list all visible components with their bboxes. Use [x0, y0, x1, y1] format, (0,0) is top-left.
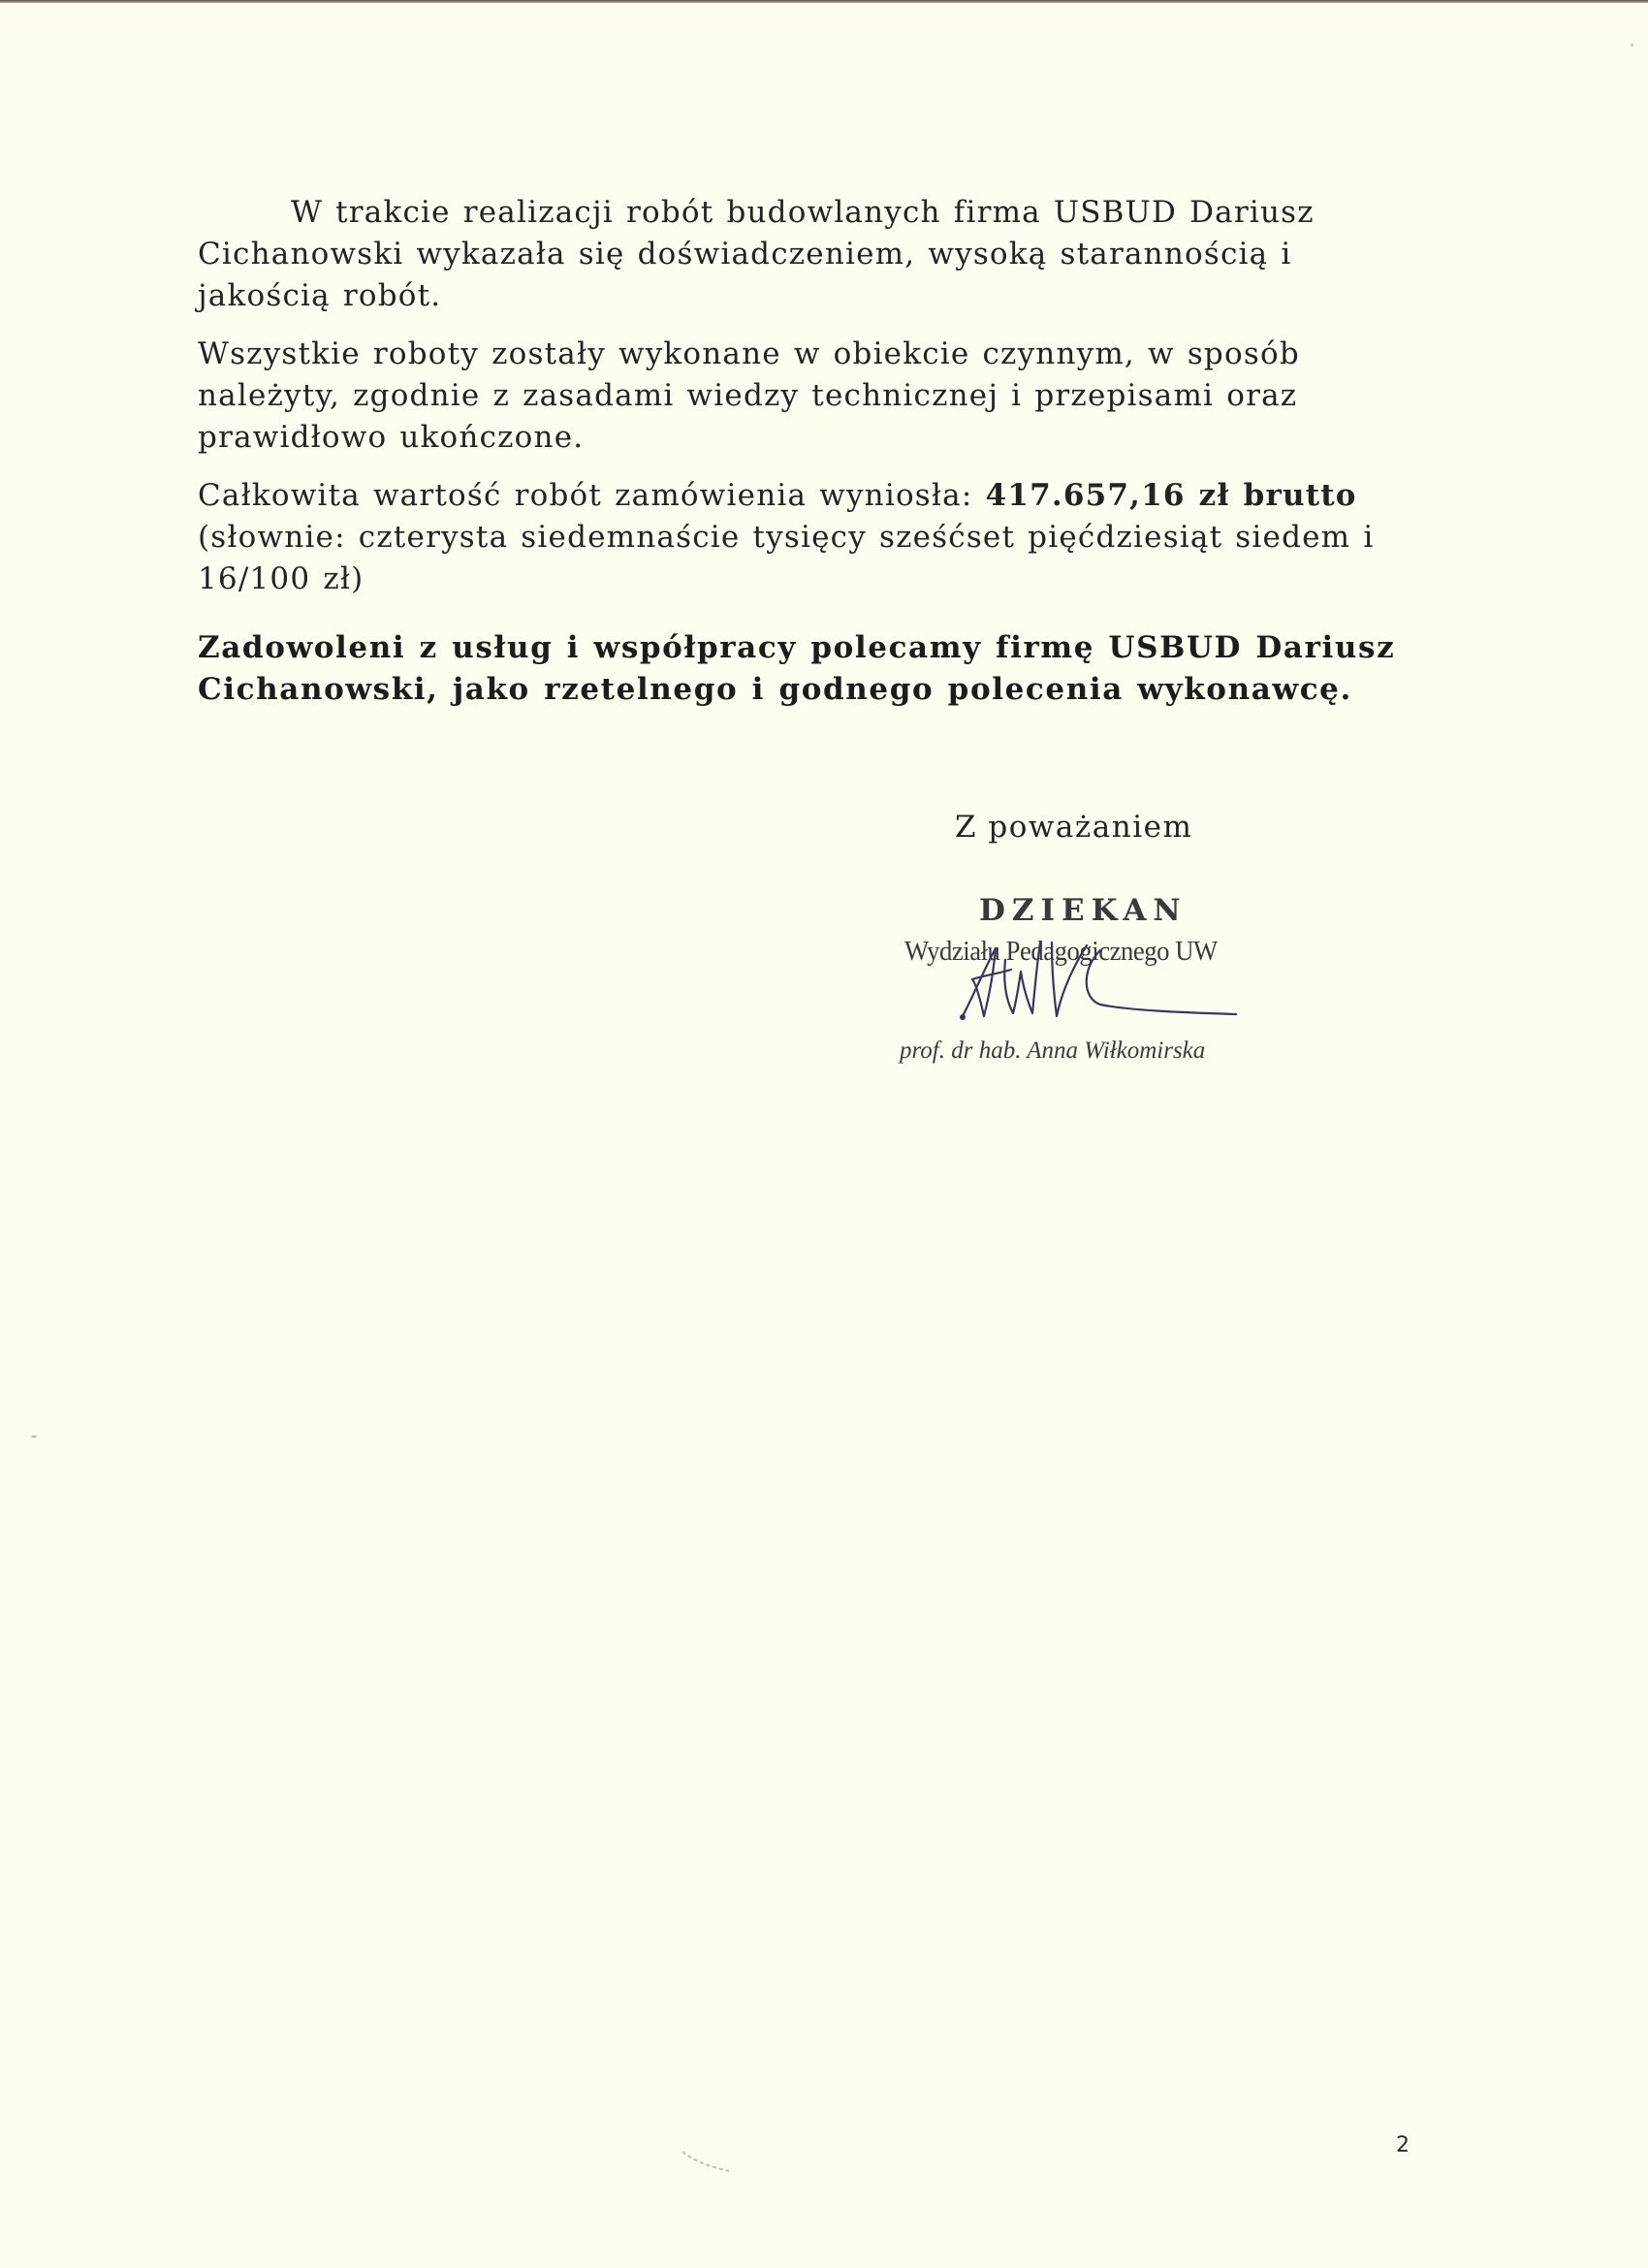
scan-top-edge: [0, 0, 1648, 3]
handwritten-signature: [955, 941, 1246, 1047]
paragraph-completion: Wszystkie roboty zostały wykonane w obie…: [198, 334, 1419, 459]
letter-body: W trakcie realizacji robót budowlanych f…: [198, 192, 1419, 727]
scan-speck: [1631, 44, 1633, 47]
scan-speck: [31, 1435, 37, 1438]
total-value-in-words: (słownie: czterysta siedemnaście tysięcy…: [198, 520, 1374, 596]
paragraph-total-value: Całkowita wartość robót zamówienia wynio…: [198, 475, 1419, 600]
closing-salutation: Z poważaniem: [955, 810, 1192, 845]
total-value-lead: Całkowita wartość robót zamówienia wynio…: [198, 478, 986, 513]
total-value-amount: 417.657,16 zł brutto: [986, 478, 1357, 513]
page-number: 2: [1396, 2133, 1410, 2157]
scan-smudge: [679, 2148, 737, 2177]
paragraph-performance: W trakcie realizacji robót budowlanych f…: [198, 192, 1419, 317]
stamp-title: DZIEKAN: [979, 893, 1188, 928]
paragraph-recommendation: Zadowoleni z usług i współpracy polecamy…: [198, 627, 1419, 711]
